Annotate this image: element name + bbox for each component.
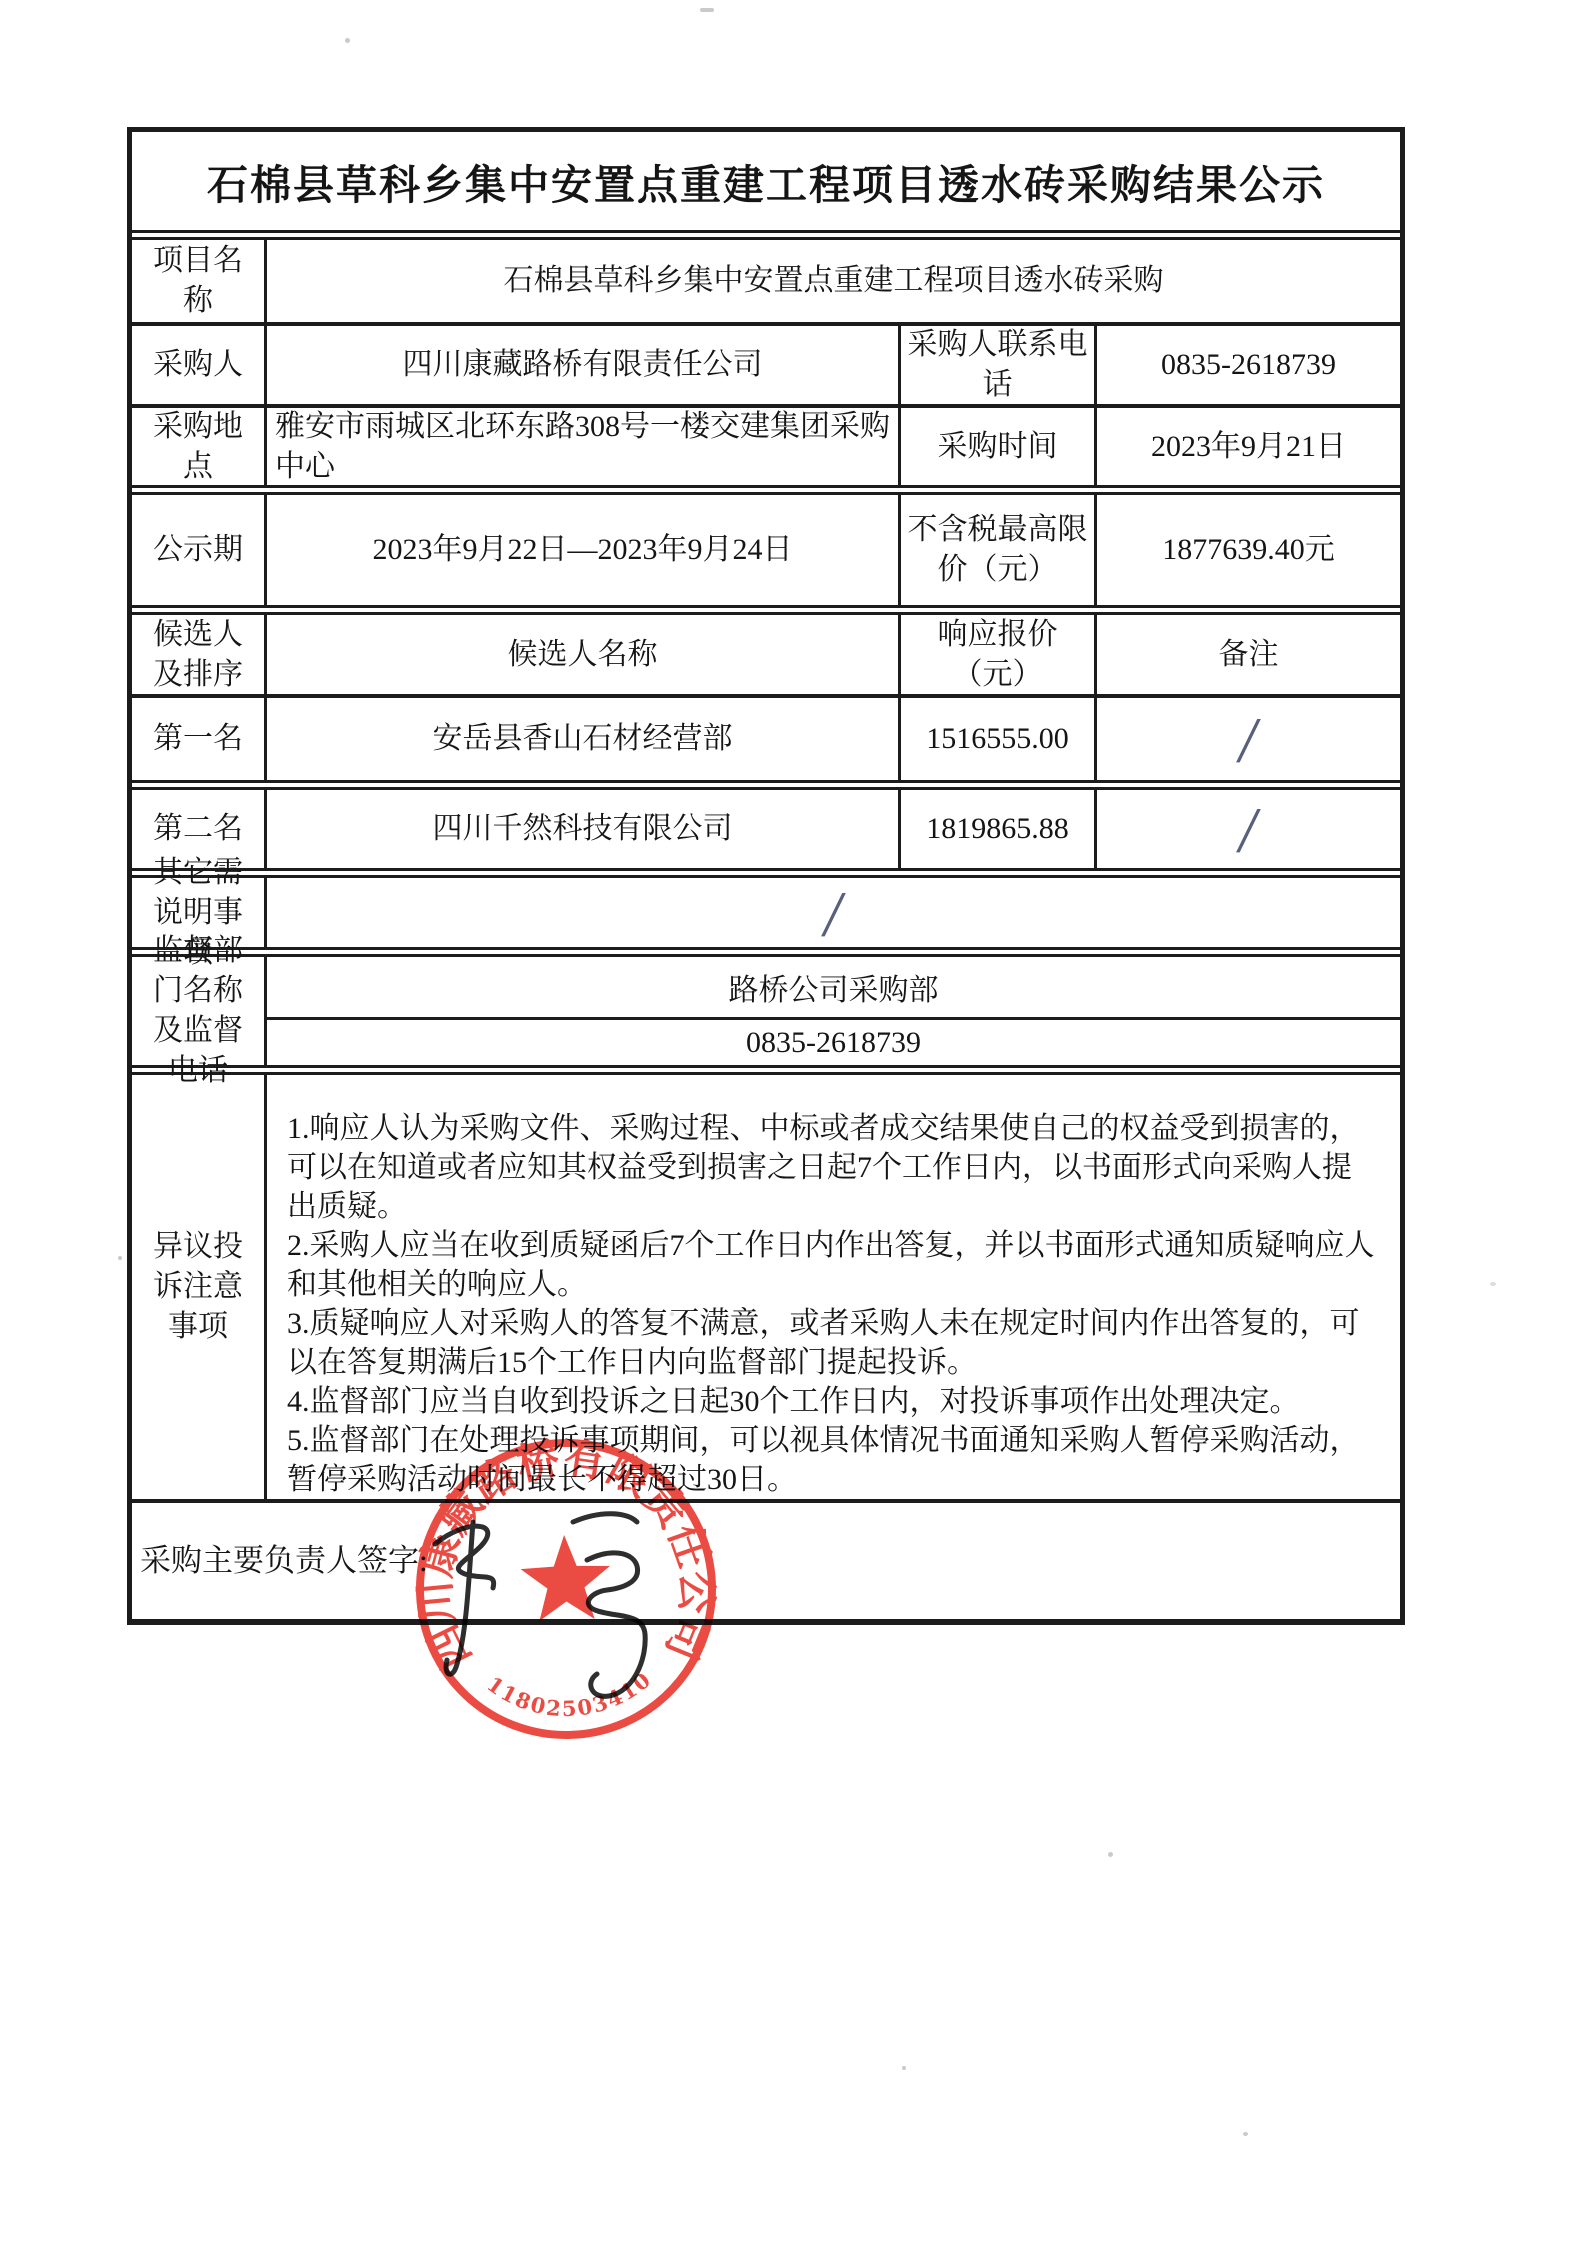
project-name-label: 项目名称 <box>132 240 264 322</box>
scan-speck <box>1490 1282 1496 1286</box>
scan-speck <box>1108 1852 1113 1857</box>
objection-item-4: 4.监督部门应当自收到投诉之日起30个工作日内，对投诉事项作出处理决定。 <box>287 1382 1378 1421</box>
slash-mark: / <box>1236 716 1261 762</box>
supervision-values: 路桥公司采购部 0835-2618739 <box>264 957 1400 1065</box>
signature-label: 采购主要负责人签字: <box>132 1503 1400 1619</box>
scan-speck <box>1243 2132 1248 2136</box>
candidates-name-header: 候选人名称 <box>264 615 898 694</box>
scan-speck <box>670 1312 674 1316</box>
candidates-remark-header: 备注 <box>1094 615 1400 694</box>
objection-item-1: 1.响应人认为采购文件、采购过程、中标或者成交结果使自己的权益受到损害的，可以在… <box>287 1109 1378 1226</box>
location-value: 雅安市雨城区北环东路308号一楼交建集团采购中心 <box>264 408 898 485</box>
max-price-label: 不含税最高限价（元） <box>898 495 1094 605</box>
table-row-candidate-1: 第一名 安岳县香山石材经营部 1516555.00 / <box>132 698 1400 790</box>
candidate-1-rank: 第一名 <box>132 698 264 780</box>
candidate-2-bid: 1819865.88 <box>898 790 1094 868</box>
supervision-phone: 0835-2618739 <box>267 1020 1400 1065</box>
table-row-title: 石棉县草科乡集中安置点重建工程项目透水砖采购结果公示 <box>132 132 1400 240</box>
supervision-dept: 路桥公司采购部 <box>267 957 1400 1020</box>
candidate-2-remark: / <box>1094 790 1400 868</box>
purchase-time-label: 采购时间 <box>898 408 1094 485</box>
objection-text-block: 1.响应人认为采购文件、采购过程、中标或者成交结果使自己的权益受到损害的，可以在… <box>275 1079 1392 1509</box>
objection-label: 异议投诉注意事项 <box>132 1075 264 1499</box>
table-row-objection-notes: 异议投诉注意事项 1.响应人认为采购文件、采购过程、中标或者成交结果使自己的权益… <box>132 1075 1400 1503</box>
objection-item-3: 3.质疑响应人对采购人的答复不满意，或者采购人未在规定时间内作出答复的，可以在答… <box>287 1304 1378 1382</box>
table-row-candidate-2: 第二名 四川千然科技有限公司 1819865.88 / <box>132 790 1400 878</box>
scan-speck <box>345 38 350 43</box>
table-row-project-name: 项目名称 石棉县草科乡集中安置点重建工程项目透水砖采购 <box>132 240 1400 326</box>
candidates-rank-header: 候选人及排序 <box>132 615 264 694</box>
table-row-other-notes: 其它需说明事项 / <box>132 878 1400 957</box>
candidates-bid-header: 响应报价（元） <box>898 615 1094 694</box>
document-title: 石棉县草科乡集中安置点重建工程项目透水砖采购结果公示 <box>132 152 1400 211</box>
purchaser-phone-value: 0835-2618739 <box>1094 326 1400 404</box>
supervision-label: 监督部门名称及监督电话 <box>132 957 264 1065</box>
table-row-candidates-header: 候选人及排序 候选人名称 响应报价（元） 备注 <box>132 615 1400 698</box>
max-price-value: 1877639.40元 <box>1094 495 1400 605</box>
purchaser-label: 采购人 <box>132 326 264 404</box>
table-row-supervision: 监督部门名称及监督电话 路桥公司采购部 0835-2618739 <box>132 957 1400 1075</box>
candidate-2-name: 四川千然科技有限公司 <box>264 790 898 868</box>
candidate-1-bid: 1516555.00 <box>898 698 1094 780</box>
objection-item-5: 5.监督部门在处理投诉事项期间，可以视具体情况书面通知采购人暂停采购活动，暂停采… <box>287 1421 1378 1499</box>
project-name-value: 石棉县草科乡集中安置点重建工程项目透水砖采购 <box>264 240 1400 322</box>
table-row-publicity-period: 公示期 2023年9月22日—2023年9月24日 不含税最高限价（元） 187… <box>132 495 1400 615</box>
slash-mark: / <box>821 890 846 936</box>
location-label: 采购地点 <box>132 408 264 485</box>
candidate-1-remark: / <box>1094 698 1400 780</box>
scanned-document-page: 石棉县草科乡集中安置点重建工程项目透水砖采购结果公示 项目名称 石棉县草科乡集中… <box>0 0 1587 2244</box>
table-row-purchaser: 采购人 四川康藏路桥有限责任公司 采购人联系电话 0835-2618739 <box>132 326 1400 408</box>
publicity-period-value: 2023年9月22日—2023年9月24日 <box>264 495 898 605</box>
scan-speck <box>118 1256 122 1260</box>
other-notes-value: / <box>264 878 1400 947</box>
purchaser-value: 四川康藏路桥有限责任公司 <box>264 326 898 404</box>
table-row-location: 采购地点 雅安市雨城区北环东路308号一楼交建集团采购中心 采购时间 2023年… <box>132 408 1400 495</box>
table-row-signature: 采购主要负责人签字: <box>132 1503 1400 1619</box>
scan-speck <box>700 8 714 12</box>
scan-speck <box>902 2066 906 2070</box>
publicity-period-label: 公示期 <box>132 495 264 605</box>
purchase-time-value: 2023年9月21日 <box>1094 408 1400 485</box>
objection-item-2: 2.采购人应当在收到质疑函后7个工作日内作出答复，并以书面形式通知质疑响应人和其… <box>287 1226 1378 1304</box>
objection-content: 1.响应人认为采购文件、采购过程、中标或者成交结果使自己的权益受到损害的，可以在… <box>264 1075 1400 1499</box>
purchaser-phone-label: 采购人联系电话 <box>898 326 1094 404</box>
slash-mark: / <box>1236 806 1261 852</box>
procurement-result-table: 石棉县草科乡集中安置点重建工程项目透水砖采购结果公示 项目名称 石棉县草科乡集中… <box>127 127 1405 1625</box>
candidate-1-name: 安岳县香山石材经营部 <box>264 698 898 780</box>
